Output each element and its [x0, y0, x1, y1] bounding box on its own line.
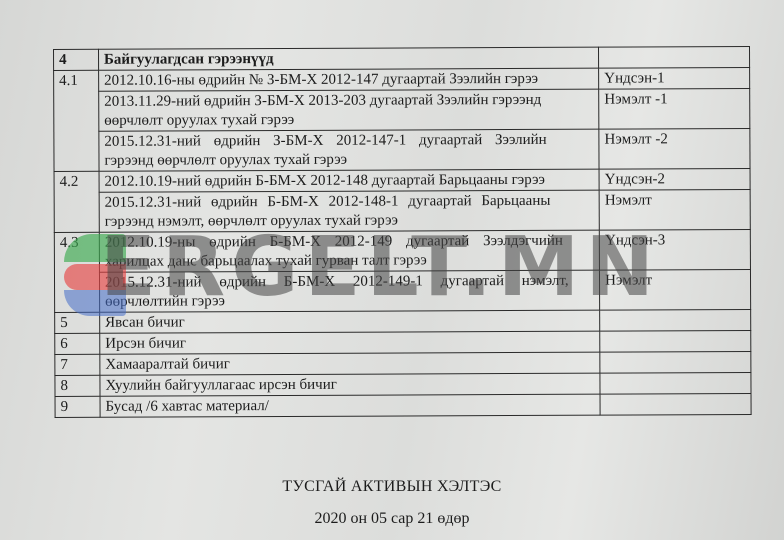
row-type: [600, 393, 751, 415]
table-row: 2015.12.31-ний өдрийн Б-БМ-Х 2012-148-1 …: [54, 189, 750, 232]
description-line: 2015.12.31-ний өдрийн Б-БМ-Х 2012-148-1 …: [105, 192, 594, 213]
contract-description: 2015.12.31-ний өдрийн Б-БМ-Х 2012-149-1 …: [99, 270, 599, 312]
document-date: 2020 он 05 сар 21 өдөр: [0, 510, 784, 528]
contract-description: 2012.10.16-ны өдрийн № З-БМ-Х 2012-147 д…: [99, 68, 599, 91]
row-label: Явсан бичиг: [100, 310, 600, 333]
row-number: 6: [55, 333, 100, 354]
table-row: 8 Хуулийн байгууллагаас ирсэн бичиг: [55, 372, 751, 396]
section-header-row: 4 Байгуулагдсан гэрээнүүд: [54, 46, 750, 70]
row-number: 8: [55, 375, 100, 396]
description-line: 2013.11.29-ний өдрийн З-БМ-Х 2013-203 ду…: [104, 91, 593, 112]
contract-type: Нэмэлт -2: [599, 128, 750, 169]
table-row: 2013.11.29-ний өдрийн З-БМ-Х 2013-203 ду…: [54, 88, 750, 131]
description-line: 2015.12.31-ний өдрийн З-БМ-Х 2012-147-1 …: [104, 131, 593, 152]
contract-type: Үндсэн-3: [599, 229, 750, 270]
description-line: 2012.10.19-ны өдрийн Б-БМ-Х 2012-149 дуг…: [105, 232, 594, 253]
contract-description: 2015.12.31-ний өдрийн З-БМ-Х 2012-147-1 …: [99, 129, 599, 171]
row-type: [600, 309, 751, 331]
table-row: 4.1 2012.10.16-ны өдрийн № З-БМ-Х 2012-1…: [54, 67, 750, 91]
contract-type: Нэмэлт: [599, 189, 750, 230]
row-label: Бусад /6 хавтас материал/: [100, 394, 600, 417]
scanned-document-page: 4 Байгуулагдсан гэрээнүүд 4.1 2012.10.16…: [0, 0, 784, 540]
section-title: Байгуулагдсан гэрээнүүд: [98, 47, 598, 70]
table-row: 7 Хамааралтай бичиг: [55, 351, 751, 375]
description-line: өөрчлөлт оруулах тухай гэрээ: [104, 110, 593, 131]
table-row: 4.2 2012.10.19-ний өдрийн Б-БМ-Х 2012-14…: [54, 168, 750, 192]
table-row: 5 Явсан бичиг: [55, 309, 751, 333]
section-type: [599, 46, 750, 68]
document-contents-table: 4 Байгуулагдсан гэрээнүүд 4.1 2012.10.16…: [53, 46, 752, 418]
row-type: [600, 351, 751, 373]
table-row: 2015.12.31-ний өдрийн З-БМ-Х 2012-147-1 …: [54, 128, 750, 171]
row-type: [600, 372, 751, 394]
contract-type: Үндсэн-2: [599, 168, 750, 190]
department-name: ТУСГАЙ АКТИВЫН ХЭЛТЭС: [0, 478, 784, 496]
group-number: 4.3: [54, 232, 99, 312]
row-label: Хамааралтай бичиг: [100, 352, 600, 375]
description-line: 2012.10.16-ны өдрийн № З-БМ-Х 2012-147 д…: [104, 70, 593, 91]
row-label: Хуулийн байгууллагаас ирсэн бичиг: [100, 373, 600, 396]
contract-description: 2015.12.31-ний өдрийн Б-БМ-Х 2012-148-1 …: [99, 190, 599, 232]
contract-type: Нэмэлт: [600, 269, 751, 310]
row-number: 7: [55, 354, 100, 375]
section-number: 4: [54, 49, 99, 70]
description-line: 2012.10.19-ний өдрийн Б-БМ-Х 2012-148 ду…: [104, 171, 593, 192]
contract-description: 2013.11.29-ний өдрийн З-БМ-Х 2013-203 ду…: [99, 89, 599, 131]
table-row: 4.3 2012.10.19-ны өдрийн Б-БМ-Х 2012-149…: [54, 229, 750, 272]
description-line: гэрээнд нэмэлт, өөрчлөлт оруулах тухай г…: [105, 211, 594, 232]
row-number: 5: [55, 312, 100, 333]
row-label: Ирсэн бичиг: [100, 331, 600, 354]
group-number: 4.1: [54, 70, 99, 171]
row-number: 9: [55, 396, 100, 417]
row-type: [600, 330, 751, 352]
contract-description: 2012.10.19-ний өдрийн Б-БМ-Х 2012-148 ду…: [99, 169, 599, 192]
table-row: 2015.12.31-ний өдрийн Б-БМ-Х 2012-149-1 …: [54, 269, 750, 312]
group-number: 4.2: [54, 171, 99, 232]
contract-description: 2012.10.19-ны өдрийн Б-БМ-Х 2012-149 дуг…: [99, 230, 599, 272]
description-line: 2015.12.31-ний өдрийн Б-БМ-Х 2012-149-1 …: [105, 272, 594, 293]
contract-type: Нэмэлт -1: [599, 88, 750, 129]
table-row: 6 Ирсэн бичиг: [55, 330, 751, 354]
description-line: харилцах данс барьцаалах тухай гурван та…: [105, 251, 594, 272]
description-line: гэрээнд өөрчлөлт оруулах тухай гэрээ: [104, 150, 593, 171]
contract-type: Үндсэн-1: [599, 67, 750, 89]
description-line: өөрчлөлтийн гэрээ: [105, 291, 594, 312]
table-row: 9 Бусад /6 хавтас материал/: [55, 393, 751, 417]
